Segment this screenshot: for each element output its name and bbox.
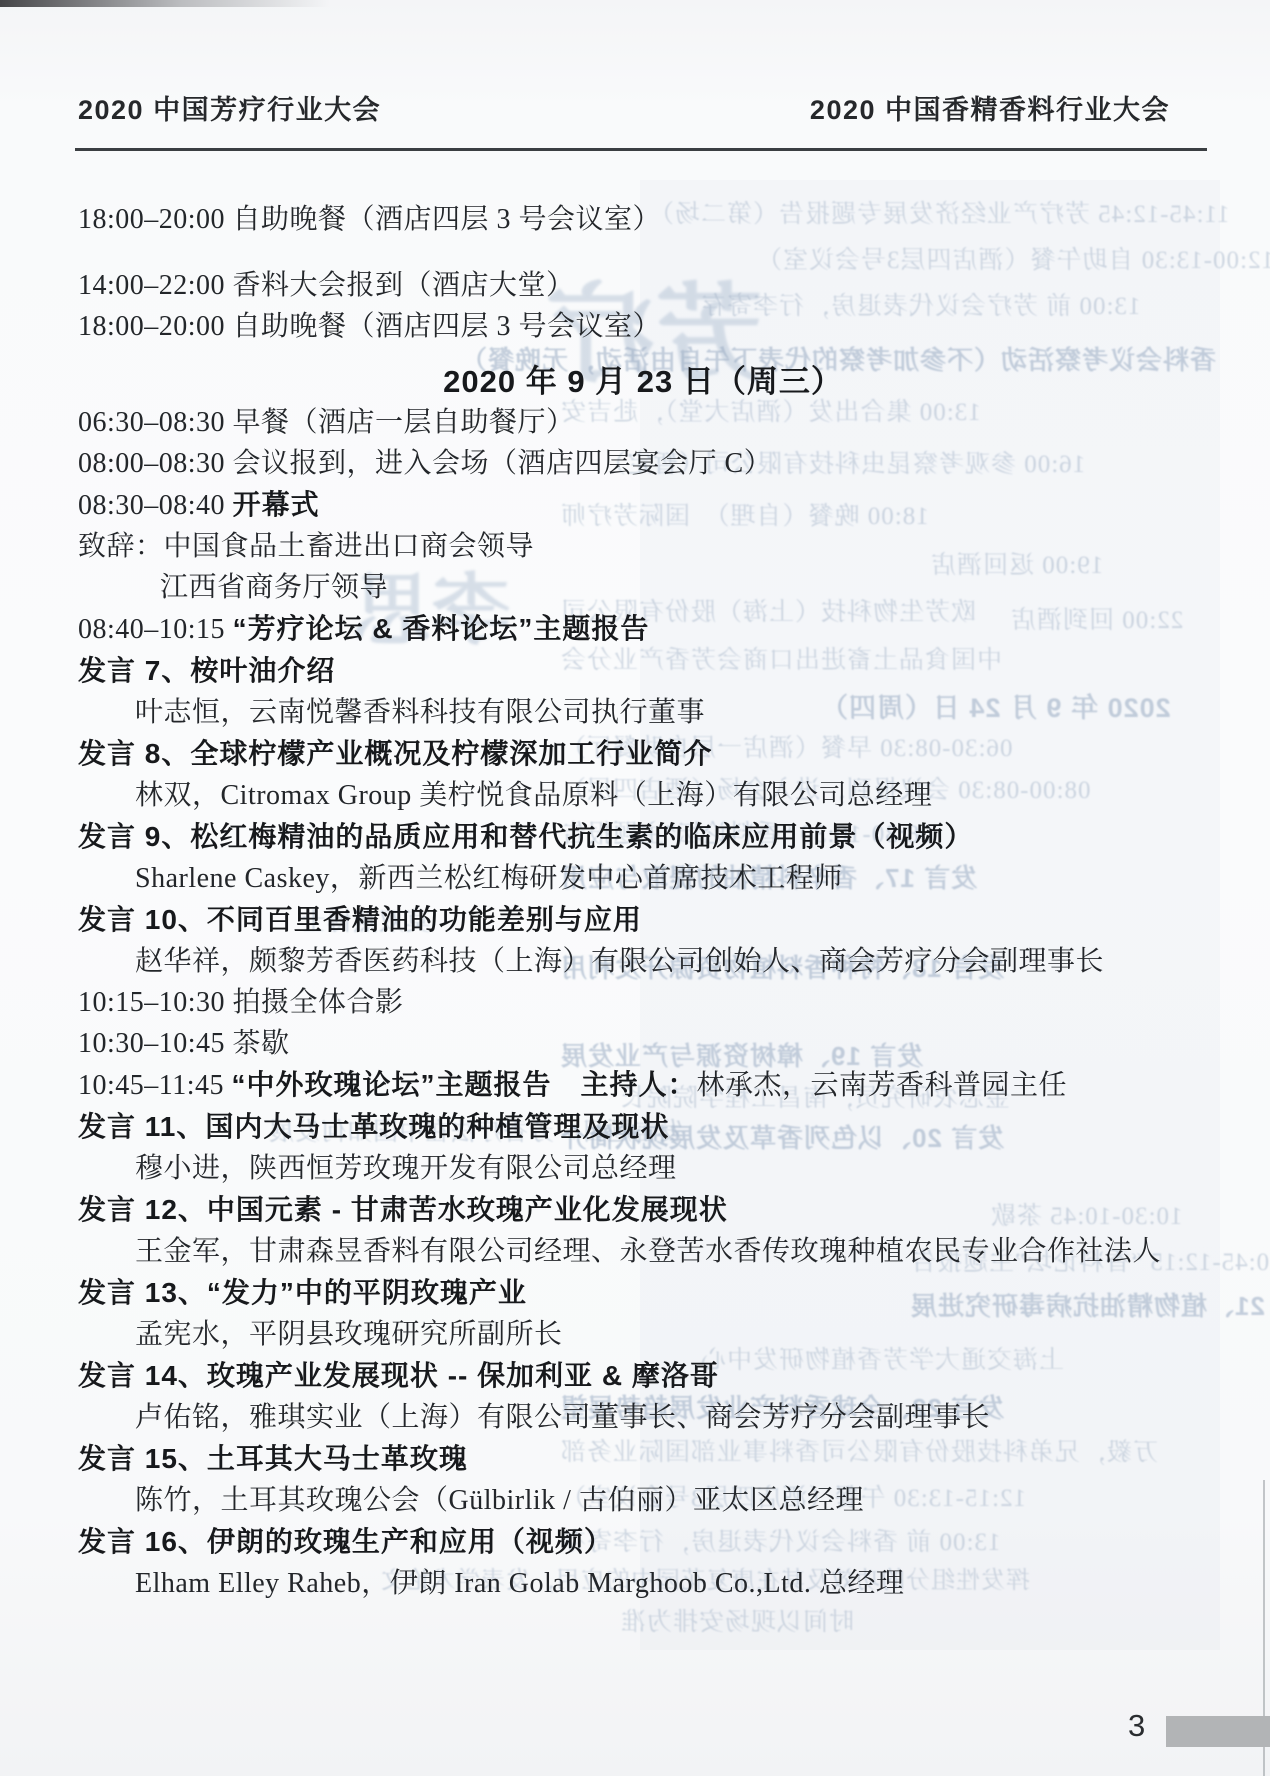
schedule-line: 06:30–08:30 早餐（酒店一层自助餐厅）	[78, 408, 1208, 437]
schedule-line: 10:45–11:45 “中外玫瑰论坛”主题报告 主持人：林承杰，云南芳香科普园…	[78, 1070, 1208, 1100]
schedule-line-bold-text: 发言 8、全球柠檬产业概况及柠檬深加工行业简介	[78, 738, 712, 769]
header-right-title: 2020 中国香精香料行业大会	[810, 88, 1170, 127]
schedule-line-bold-text: 发言 9、松红梅精油的品质应用和替代抗生素的临床应用前景（视频）	[78, 821, 973, 852]
schedule-line: Sharlene Caskey，新西兰松红梅研发中心首席技术工程师	[78, 864, 1208, 893]
schedule-line-text: 18:00–20:00 自助晚餐（酒店四层 3 号会议室）	[78, 311, 661, 342]
schedule-line: 发言 15、土耳其大马士革玫瑰	[78, 1444, 1208, 1474]
schedule-line: 08:30–08:40 开幕式	[78, 490, 1208, 520]
schedule-line-bold-text: 发言 10、不同百里香精油的功能差别与应用	[78, 904, 642, 935]
schedule-line: 发言 13、“发力”中的平阴玫瑰产业	[78, 1278, 1208, 1308]
running-header: 2020 中国芳疗行业大会 2020 中国香精香料行业大会	[78, 88, 1170, 127]
schedule-line-text: 孟宪水，平阴县玫瑰研究所副所长	[135, 1319, 563, 1350]
schedule-line: 发言 10、不同百里香精油的功能差别与应用	[78, 905, 1208, 935]
schedule-line: 孟宪水，平阴县玫瑰研究所副所长	[78, 1320, 1208, 1349]
schedule-line-text: 06:30–08:30 早餐（酒店一层自助餐厅）	[78, 407, 575, 438]
schedule-line: 08:00–08:30 会议报到，进入会场（酒店四层宴会厅 C）	[78, 449, 1208, 478]
page-number: 3	[1128, 1708, 1145, 1744]
schedule-line-text: 赵华祥，颇黎芳香医药科技（上海）有限公司创始人、商会芳疗分会副理事长	[135, 946, 1104, 977]
schedule-line-bold-text: 2020 年 9 月 23 日（周三）	[443, 364, 843, 399]
schedule-line-text: 叶志恒，云南悦馨香料科技有限公司执行董事	[135, 697, 705, 728]
schedule: 18:00–20:00 自助晚餐（酒店四层 3 号会议室）14:00–22:00…	[78, 205, 1208, 1610]
schedule-line-text: 08:00–08:30 会议报到，进入会场（酒店四层宴会厅 C）	[78, 448, 772, 479]
schedule-line: 发言 7、桉叶油介绍	[78, 656, 1208, 686]
page-content: 2020 中国芳疗行业大会 2020 中国香精香料行业大会 18:00–20:0…	[0, 0, 1270, 1776]
schedule-line-text: 穆小进，陕西恒芳玫瑰开发有限公司总经理	[135, 1153, 677, 1184]
schedule-line: 致辞：中国食品土畜进出口商会领导	[78, 532, 1208, 561]
schedule-line-bold-text: “芳疗论坛 & 香料论坛”主题报告	[233, 613, 650, 644]
schedule-line: 发言 14、玫瑰产业发展现状 -- 保加利亚 & 摩洛哥	[78, 1361, 1208, 1391]
schedule-line-text: 卢佑铭，雅琪实业（上海）有限公司董事长、商会芳疗分会副理事长	[135, 1402, 990, 1433]
schedule-line-bold-text: 发言 7、桉叶油介绍	[78, 655, 335, 686]
scan-edge-artifact	[0, 0, 330, 7]
schedule-line-text: 18:00–20:00 自助晚餐（酒店四层 3 号会议室）	[78, 204, 661, 235]
schedule-line-text: 10:45–11:45	[78, 1070, 232, 1101]
schedule-line-bold-text: 发言 12、中国元素 - 甘肃苦水玫瑰产业化发展现状	[78, 1194, 728, 1225]
schedule-line: 10:30–10:45 茶歇	[78, 1029, 1208, 1058]
schedule-line-text: 林承杰，云南芳香科普园主任	[697, 1070, 1068, 1101]
schedule-line-text: 王金军，甘肃森昱香料有限公司经理、永登苦水香传玫瑰种植农民专业合作社法人	[135, 1236, 1161, 1267]
scanned-conference-program-page: 芳疗李思11:45-12:45 芳疗产业经济发展专题报告（第二场）12:00-1…	[0, 0, 1270, 1776]
schedule-line: 卢佑铭，雅琪实业（上海）有限公司董事长、商会芳疗分会副理事长	[78, 1403, 1208, 1432]
schedule-line-text: 致辞：中国食品土畜进出口商会领导	[78, 531, 534, 562]
schedule-line: 穆小进，陕西恒芳玫瑰开发有限公司总经理	[78, 1154, 1208, 1183]
schedule-line: 发言 12、中国元素 - 甘肃苦水玫瑰产业化发展现状	[78, 1195, 1208, 1225]
schedule-line: 18:00–20:00 自助晚餐（酒店四层 3 号会议室）	[78, 205, 1208, 234]
header-left-title: 2020 中国芳疗行业大会	[78, 88, 381, 127]
schedule-line-text: 08:30–08:40	[78, 490, 233, 521]
schedule-line: 10:15–10:30 拍摄全体合影	[78, 988, 1208, 1017]
date-heading: 2020 年 9 月 23 日（周三）	[78, 367, 1208, 396]
schedule-line: 王金军，甘肃森昱香料有限公司经理、永登苦水香传玫瑰种植农民专业合作社法人	[78, 1237, 1208, 1266]
schedule-line-text: 陈竹，土耳其玫瑰公会（Gülbirlik / 古伯丽）亚太区总经理	[135, 1485, 864, 1516]
schedule-line: Elham Elley Raheb，伊朗 Iran Golab Marghoob…	[78, 1569, 1208, 1598]
page-number-bar	[1166, 1716, 1270, 1747]
schedule-line-bold-text: 开幕式	[233, 489, 320, 520]
schedule-line-bold-text: 发言 14、玫瑰产业发展现状 -- 保加利亚 & 摩洛哥	[78, 1360, 719, 1391]
schedule-line: 赵华祥，颇黎芳香医药科技（上海）有限公司创始人、商会芳疗分会副理事长	[78, 947, 1208, 976]
schedule-line-text: Elham Elley Raheb，伊朗 Iran Golab Marghoob…	[135, 1568, 904, 1599]
schedule-line-bold-text: 发言 16、伊朗的玫瑰生产和应用（视频）	[78, 1526, 613, 1557]
schedule-line-text: 林双，Citromax Group 美柠悦食品原料（上海）有限公司总经理	[135, 780, 932, 811]
schedule-line: 林双，Citromax Group 美柠悦食品原料（上海）有限公司总经理	[78, 781, 1208, 810]
schedule-line-text: 08:40–10:15	[78, 614, 233, 645]
schedule-line-text: 14:00–22:00 香料大会报到（酒店大堂）	[78, 270, 575, 301]
schedule-line-bold-text: 发言 15、土耳其大马士革玫瑰	[78, 1443, 468, 1474]
schedule-line: 陈竹，土耳其玫瑰公会（Gülbirlik / 古伯丽）亚太区总经理	[78, 1486, 1208, 1515]
schedule-line: 08:40–10:15 “芳疗论坛 & 香料论坛”主题报告	[78, 614, 1208, 644]
schedule-line-bold-text: 发言 13、“发力”中的平阴玫瑰产业	[78, 1277, 527, 1308]
schedule-line: 发言 9、松红梅精油的品质应用和替代抗生素的临床应用前景（视频）	[78, 822, 1208, 852]
schedule-line-text: Sharlene Caskey，新西兰松红梅研发中心首席技术工程师	[135, 863, 843, 894]
header-rule	[75, 148, 1207, 151]
schedule-line: 14:00–22:00 香料大会报到（酒店大堂）	[78, 271, 1208, 300]
schedule-line-text: 10:15–10:30 拍摄全体合影	[78, 987, 404, 1018]
schedule-line-bold-text: “中外玫瑰论坛”主题报告 主持人：	[232, 1069, 697, 1100]
schedule-line-text: 江西省商务厅领导	[160, 572, 388, 603]
schedule-line-bold-text: 发言 11、国内大马士革玫瑰的种植管理及现状	[78, 1111, 669, 1142]
schedule-line: 发言 11、国内大马士革玫瑰的种植管理及现状	[78, 1112, 1208, 1142]
schedule-line: 叶志恒，云南悦馨香料科技有限公司执行董事	[78, 698, 1208, 727]
schedule-line: 发言 8、全球柠檬产业概况及柠檬深加工行业简介	[78, 739, 1208, 769]
schedule-line: 发言 16、伊朗的玫瑰生产和应用（视频）	[78, 1527, 1208, 1557]
schedule-line: 江西省商务厅领导	[78, 573, 1208, 602]
schedule-line: 18:00–20:00 自助晚餐（酒店四层 3 号会议室）	[78, 312, 1208, 341]
schedule-line-text: 10:30–10:45 茶歇	[78, 1028, 290, 1059]
